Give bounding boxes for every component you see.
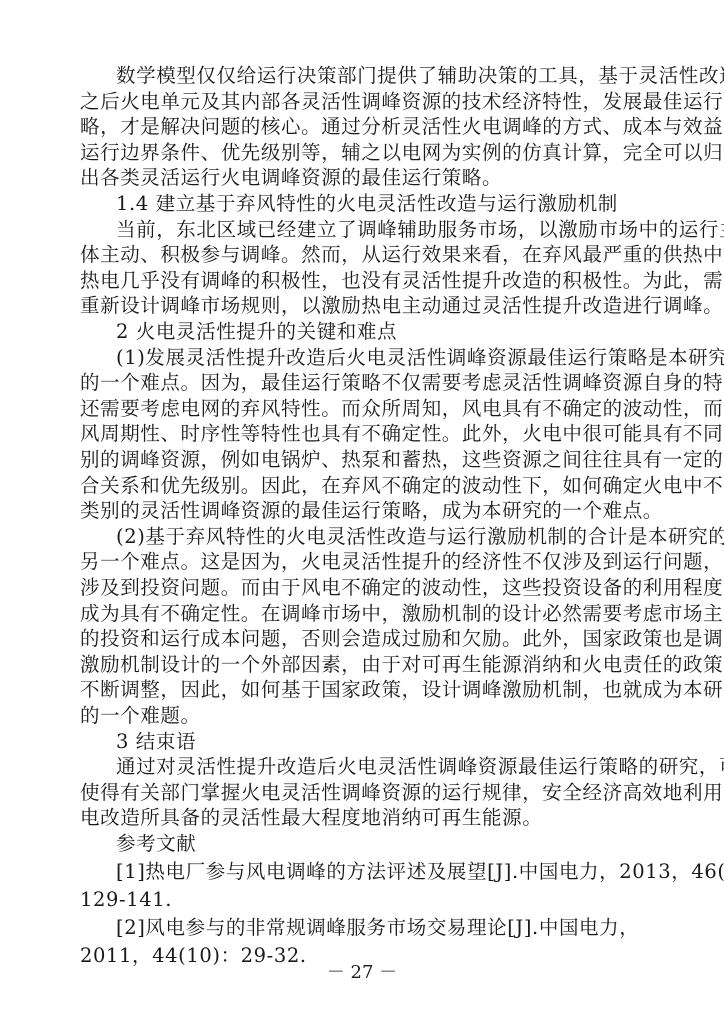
paragraph-line: 的一个难题。 — [80, 704, 650, 728]
paragraph-line: 涉及到投资问题。而由于风电不确定的波动性，这些投资设备的利用程度也 — [80, 576, 650, 600]
paragraph-line: 数学模型仅仅给运行决策部门提供了辅助决策的工具，基于灵活性改造 — [116, 64, 650, 88]
paragraph-line: 热电几乎没有调峰的积极性，也没有灵活性提升改造的积极性。为此，需要 — [80, 269, 650, 293]
paragraph-line: 略，才是解决问题的核心。通过分析灵活性火电调峰的方式、成本与效益、 — [80, 115, 650, 139]
paragraph-line: 别的调峰资源，例如电锅炉、热泵和蓄热，这些资源之间往往具有一定的耦 — [80, 448, 650, 472]
paragraph-line: 还需要考虑电网的弃风特性。而众所周知，风电具有不确定的波动性，而弃 — [80, 397, 650, 421]
paragraph-line: 的一个难点。因为，最佳运行策略不仅需要考虑灵活性调峰资源自身的特性， — [80, 371, 650, 395]
paragraph-line: 出各类灵活运行火电调峰资源的最佳运行策略。 — [80, 166, 650, 190]
reference-item: [2]风电参与的非常规调峰服务市场交易理论[J].中国电力， — [116, 916, 650, 940]
paragraph-line: 运行边界条件、优先级别等，辅之以电网为实例的仿真计算，完全可以归纳 — [80, 141, 650, 165]
section-heading-2: 2 火电灵活性提升的关键和难点 — [116, 320, 650, 344]
paragraph-line: 电改造所具备的灵活性最大程度地消纳可再生能源。 — [80, 806, 650, 830]
paragraph-line: 体主动、积极参与调峰。然而，从运行效果来看，在弃风最严重的供热中期， — [80, 243, 650, 267]
paragraph-line: 风周期性、时序性等特性也具有不确定性。此外，火电中很可能具有不同类 — [80, 422, 650, 446]
paragraph-line: 另一个难点。这是因为，火电灵活性提升的经济性不仅涉及到运行问题，还 — [80, 550, 650, 574]
reference-item-continuation: 129-141. — [80, 888, 650, 912]
paragraph-line: 的投资和运行成本问题，否则会造成过励和欠励。此外，国家政策也是调峰 — [80, 627, 650, 651]
paragraph-line: 当前，东北区域已经建立了调峰辅助服务市场，以激励市场中的运行主 — [116, 218, 650, 242]
paragraph-line: 之后火电单元及其内部各灵活性调峰资源的技术经济特性，发展最佳运行策 — [80, 90, 650, 114]
paragraph-line: 通过对灵活性提升改造后火电灵活性调峰资源最佳运行策略的研究，可 — [116, 755, 650, 779]
paragraph-line: 使得有关部门掌握火电灵活性调峰资源的运行规律，安全经济高效地利用火 — [80, 781, 650, 805]
document-page: 数学模型仅仅给运行决策部门提供了辅助决策的工具，基于灵活性改造 之后火电单元及其… — [0, 0, 724, 1024]
paragraph-line: 不断调整，因此，如何基于国家政策，设计调峰激励机制，也就成为本研究 — [80, 678, 650, 702]
paragraph-line: 类别的灵活性调峰资源的最佳运行策略，成为本研究的一个难点。 — [80, 499, 650, 523]
paragraph-line: (1)发展灵活性提升改造后火电灵活性调峰资源最佳运行策略是本研究 — [116, 346, 650, 370]
references-heading: 参考文献 — [116, 832, 650, 856]
section-heading-3: 3 结束语 — [116, 730, 650, 754]
paragraph-line: 成为具有不确定性。在调峰市场中，激励机制的设计必然需要考虑市场主体 — [80, 602, 650, 626]
paragraph-line: (2)基于弃风特性的火电灵活性改造与运行激励机制的合计是本研究的 — [116, 525, 650, 549]
paragraph-line: 激励机制设计的一个外部因素，由于对可再生能源消纳和火电责任的政策在 — [80, 653, 650, 677]
paragraph-line: 重新设计调峰市场规则，以激励热电主动通过灵活性提升改造进行调峰。 — [80, 294, 650, 318]
section-heading-1-4: 1.4 建立基于弃风特性的火电灵活性改造与运行激励机制 — [116, 192, 650, 216]
reference-item: [1]热电厂参与风电调峰的方法评述及展望[J].中国电力，2013，46(11)… — [116, 860, 650, 884]
paragraph-line: 合关系和优先级别。因此，在弃风不确定的波动性下，如何确定火电中不同 — [80, 474, 650, 498]
page-number: － 27 － — [0, 961, 724, 985]
